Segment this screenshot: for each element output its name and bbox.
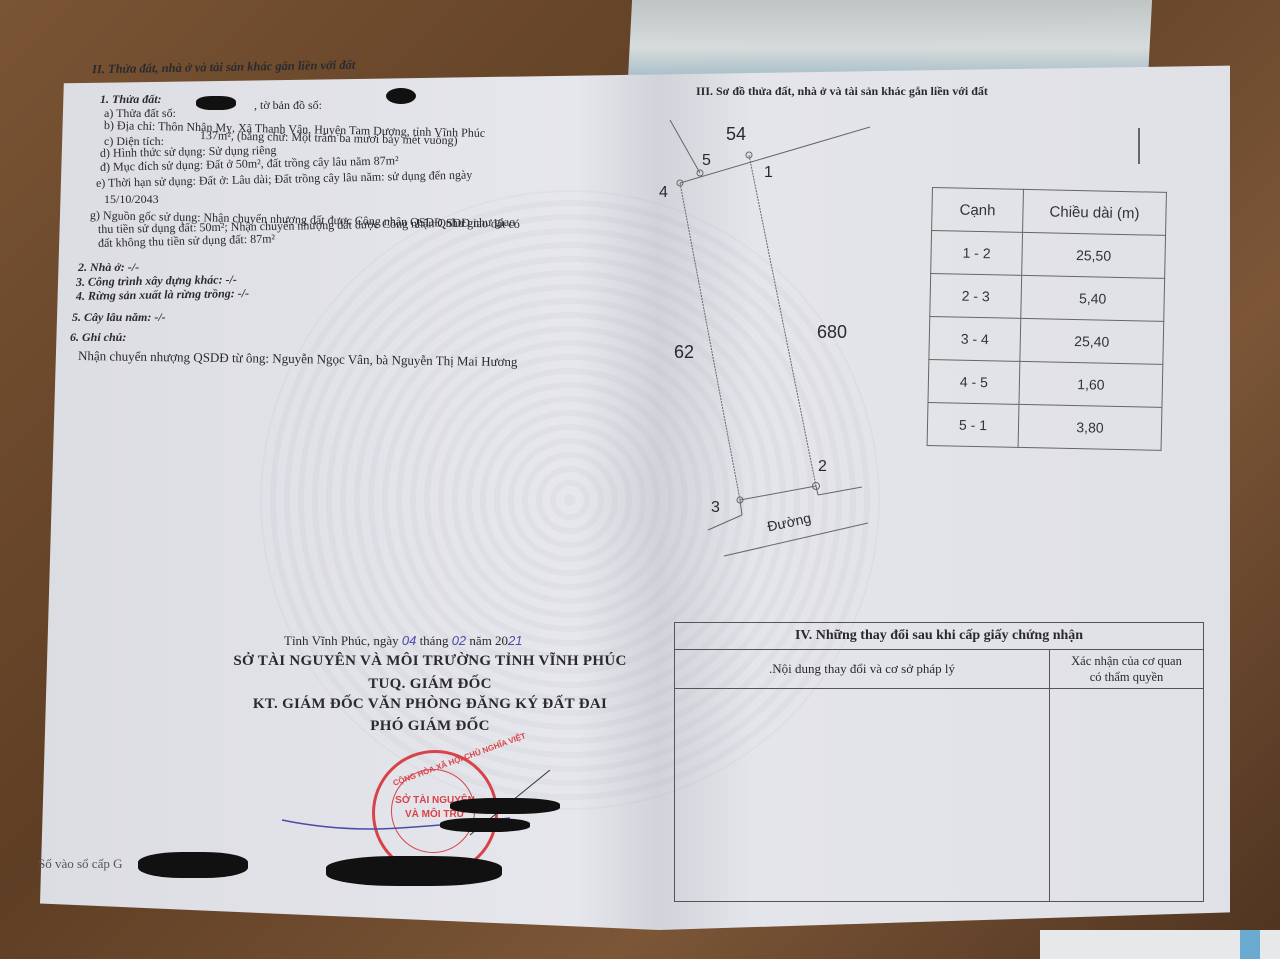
issuing-org: SỞ TÀI NGUYÊN VÀ MÔI TRƯỜNG TỈNH VĨNH PH… — [210, 653, 650, 670]
redacted-signer-name — [326, 856, 502, 886]
redacted-registry-number — [138, 852, 248, 878]
edge-cell: 3 - 4 — [929, 316, 1021, 361]
length-cell: 5,40 — [1021, 275, 1165, 321]
edge-cell: 4 - 5 — [928, 359, 1020, 404]
signer-line-2: KT. GIÁM ĐỐC VĂN PHÒNG ĐĂNG KÝ ĐẤT ĐAI — [210, 696, 650, 713]
map-sheet-label: , tờ bản đồ số: — [254, 98, 322, 113]
section-4-changes-table: IV. Những thay đổi sau khi cấp giấy chứn… — [674, 622, 1204, 902]
usage-term-date: 15/10/2043 — [104, 192, 159, 207]
authority-confirmation-cell — [1050, 689, 1203, 901]
edge-header: Cạnh — [932, 188, 1024, 233]
forest-item: 4. Rừng sản xuất là rừng trồng: -/- — [76, 286, 249, 304]
table-row: 2 - 35,40 — [930, 273, 1165, 321]
table-row: 3 - 425,40 — [929, 316, 1164, 364]
section-3-title: III. Sơ đồ thửa đất, nhà ở và tài sản kh… — [696, 84, 988, 99]
point-4-label: 4 — [659, 184, 668, 202]
month-handwritten: 02 — [452, 633, 466, 648]
authority-header-line-1: Xác nhận của cơ quan — [1050, 653, 1203, 669]
perennial-item: 5. Cây lâu năm: -/- — [72, 310, 166, 325]
point-1-label: 1 — [764, 164, 773, 182]
point-2-label: 2 — [818, 458, 827, 476]
year-label: năm 20 — [469, 633, 508, 648]
neighbor-parcel-62: 62 — [674, 342, 694, 363]
authority-confirmation-header: Xác nhận của cơ quan có thẩm quyền — [1050, 650, 1203, 688]
length-cell: 1,60 — [1019, 361, 1163, 407]
length-cell: 25,40 — [1020, 318, 1164, 364]
point-5-label: 5 — [702, 152, 711, 170]
parcel-heading: 1. Thửa đất: — [100, 92, 162, 107]
table-row: 5 - 13,80 — [927, 402, 1162, 450]
edge-cell: 1 - 2 — [931, 231, 1023, 276]
year-handwritten: 21 — [508, 633, 522, 648]
redacted-signature — [450, 798, 560, 814]
place-date-prefix: Tỉnh Vĩnh Phúc, ngày — [284, 633, 399, 648]
signer-line-3: PHÓ GIÁM ĐỐC — [210, 718, 650, 735]
section-4-title: IV. Những thay đổi sau khi cấp giấy chứn… — [675, 623, 1203, 650]
edge-length-table: Cạnh Chiều dài (m) 1 - 225,50 2 - 35,40 … — [927, 187, 1167, 451]
edge-cell: 2 - 3 — [930, 273, 1022, 318]
signer-line-1: TUQ. GIÁM ĐỐC — [210, 676, 650, 693]
house-item: 2. Nhà ở: -/- — [78, 260, 139, 275]
day-handwritten: 04 — [402, 633, 416, 648]
table-row: 4 - 51,60 — [928, 359, 1163, 407]
redacted-signature — [440, 818, 530, 832]
registry-label: Số vào sổ cấp G — [38, 856, 123, 872]
neighbor-parcel-680: 680 — [817, 322, 847, 343]
changes-content-cell — [675, 689, 1050, 901]
length-cell: 25,50 — [1022, 232, 1166, 278]
table-row: 1 - 225,50 — [931, 231, 1166, 279]
authority-header-line-2: có thẩm quyền — [1050, 669, 1203, 685]
neighbor-parcel-54: 54 — [726, 124, 746, 145]
changes-content-header: .Nội dung thay đổi và cơ sở pháp lý — [675, 650, 1050, 688]
redacted-parcel-number — [196, 96, 236, 110]
plastic-sleeve — [628, 0, 1152, 80]
place-date: Tỉnh Vĩnh Phúc, ngày 04 tháng 02 năm 202… — [284, 633, 523, 649]
month-label: tháng — [420, 633, 449, 648]
underlying-blue-folder — [1240, 930, 1260, 959]
north-arrow-icon — [1138, 128, 1140, 164]
length-header: Chiều dài (m) — [1023, 189, 1167, 235]
edge-cell: 5 - 1 — [927, 402, 1019, 447]
parcel-diagram — [640, 110, 940, 570]
notes-heading: 6. Ghi chú: — [70, 330, 126, 345]
length-cell: 3,80 — [1018, 404, 1162, 450]
redacted-map-sheet — [386, 88, 416, 104]
point-3-label: 3 — [711, 499, 720, 517]
